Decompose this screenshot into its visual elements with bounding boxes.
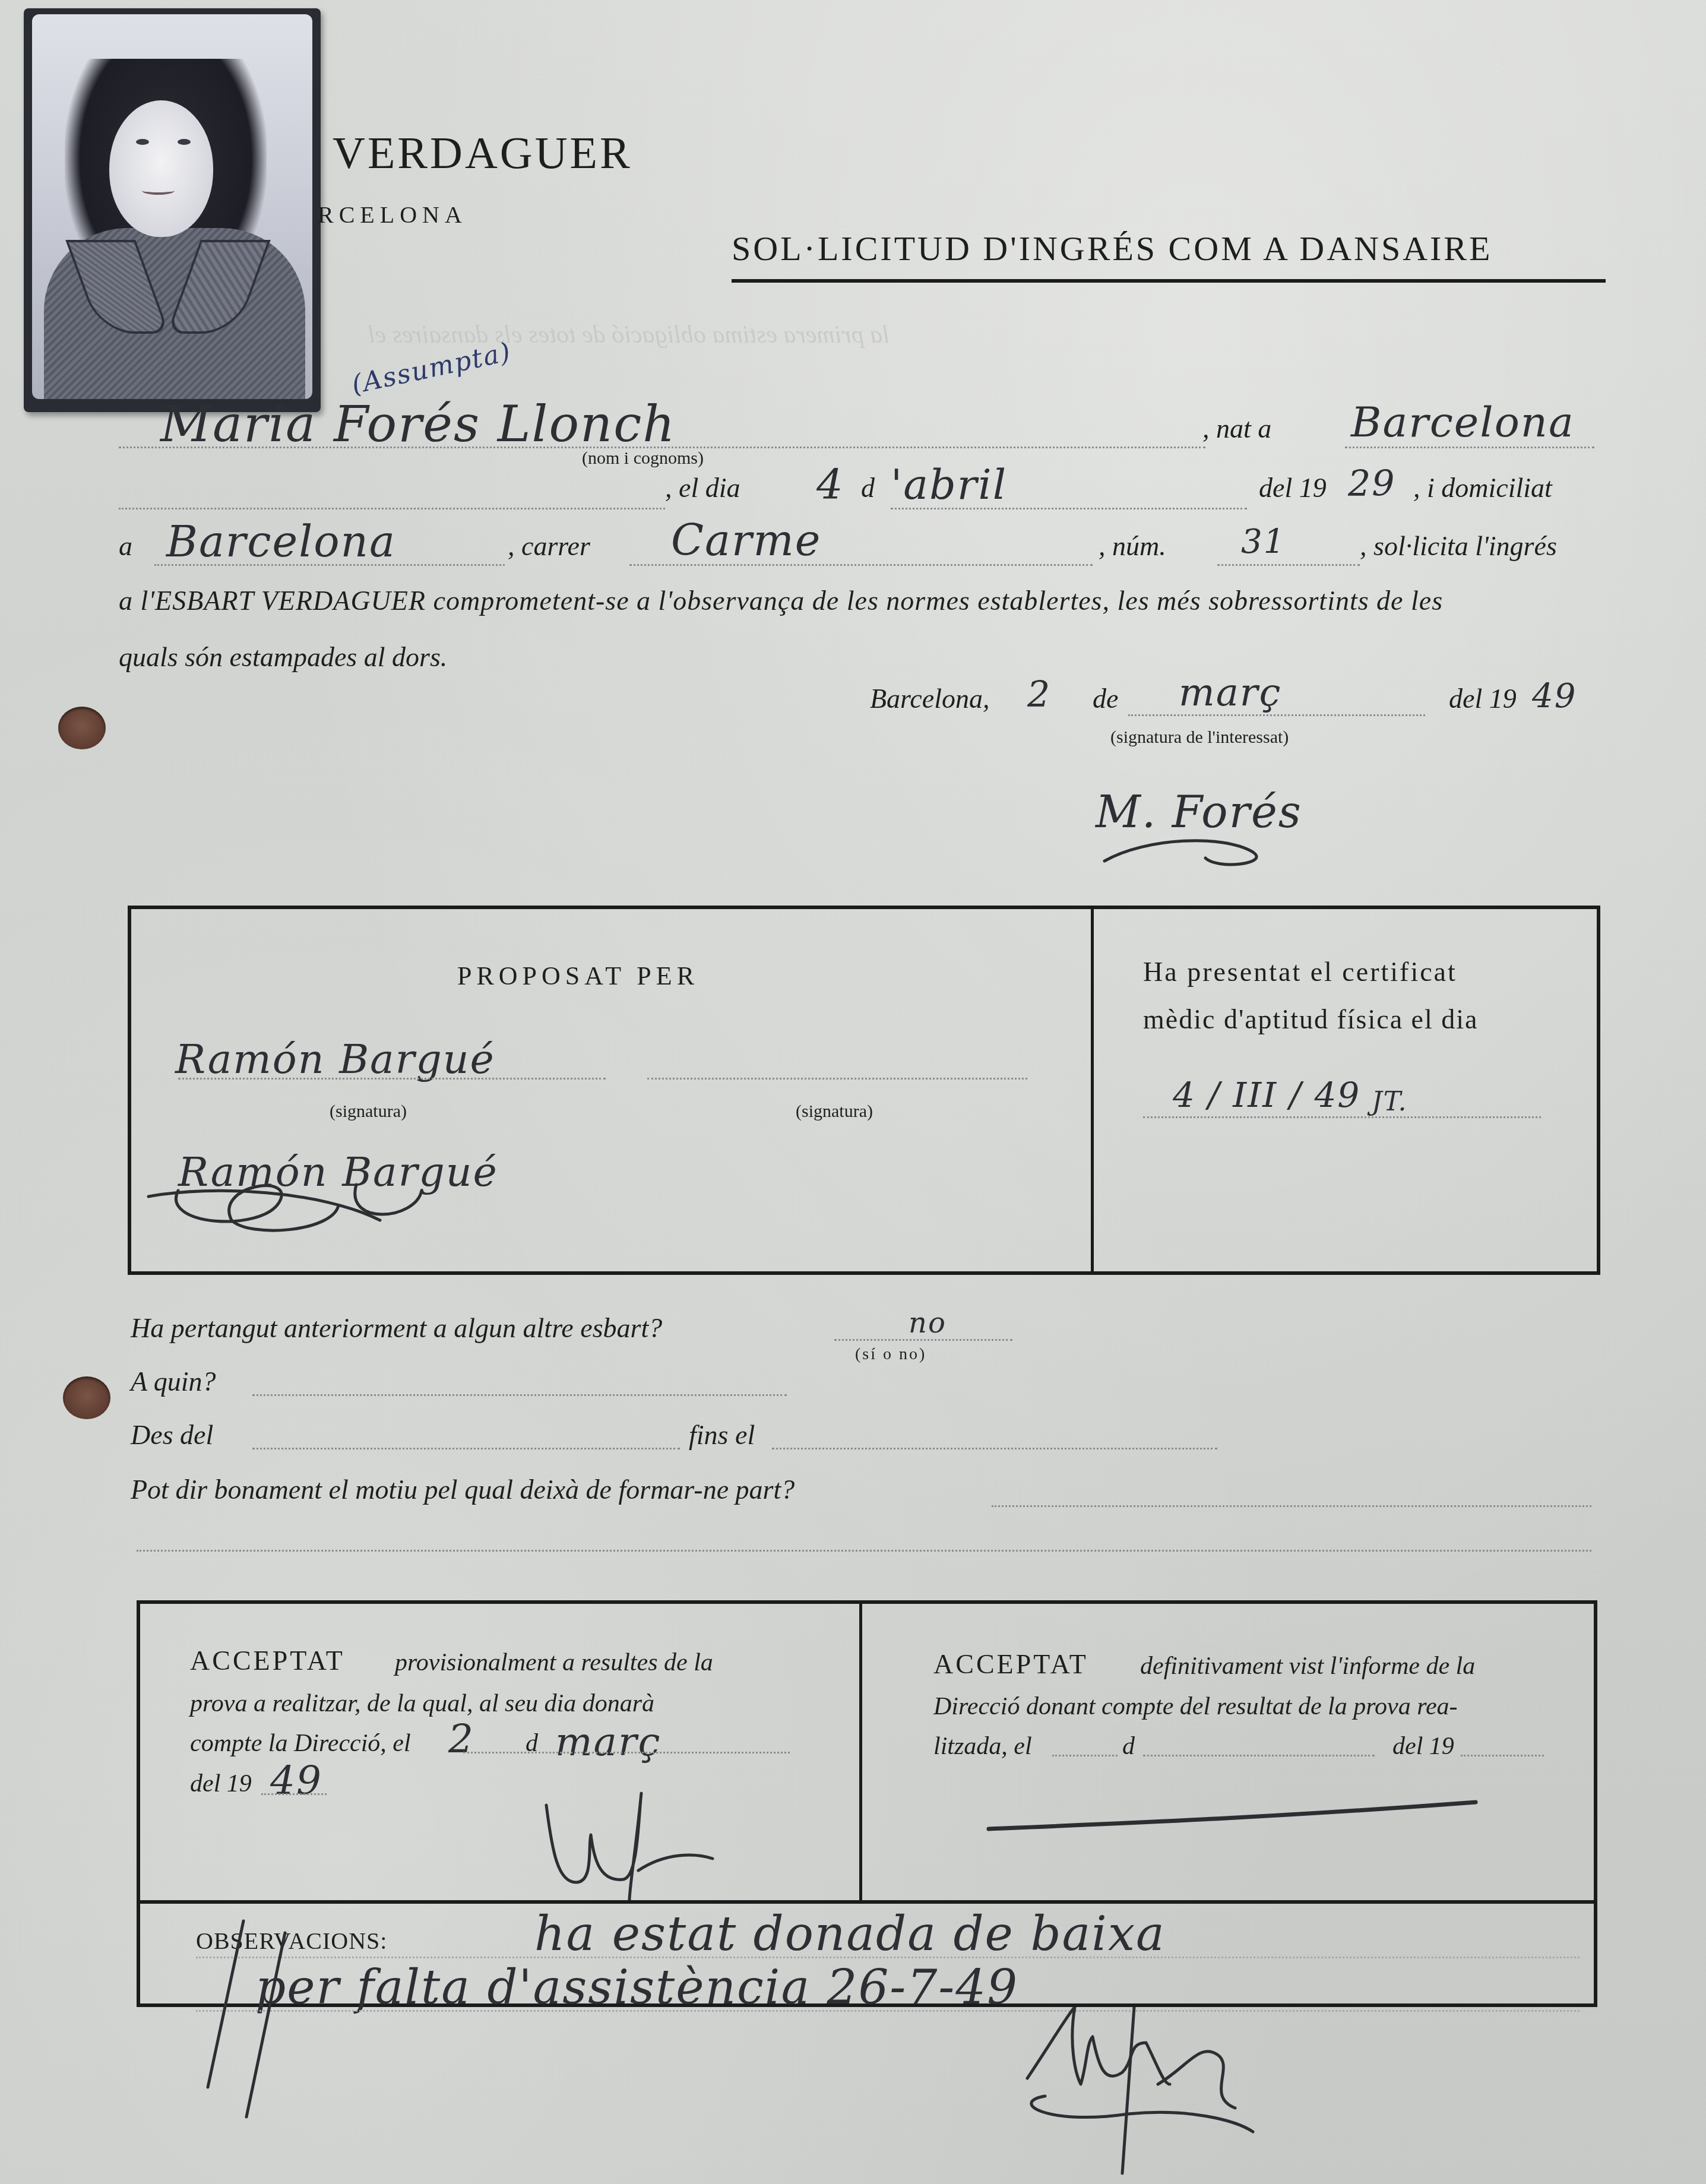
- punch-hole-bottom: [63, 1376, 110, 1419]
- previous-membership-answer[interactable]: no: [909, 1306, 947, 1340]
- year-label: del 19: [1259, 472, 1327, 504]
- residence-prefix: a: [119, 530, 132, 562]
- signature-caption: (signatura de l'interessat): [1110, 727, 1289, 748]
- form-title: SOL·LICITUD D'INGRÉS COM A DANSAIRE: [732, 229, 1492, 268]
- medical-initials: JT.: [1372, 1087, 1408, 1117]
- birth-day-field[interactable]: 4: [816, 460, 844, 509]
- commitment-text: a l'ESBART VERDAGUER comprometent-se a l…: [119, 585, 1443, 616]
- medical-date-field[interactable]: 4 / III / 49: [1173, 1075, 1360, 1115]
- born-in-label: , nat a: [1202, 413, 1271, 444]
- provisional-text-2: prova a realitzar, de la qual, al seu di…: [190, 1689, 654, 1718]
- observations-signature: [1009, 2007, 1306, 2184]
- proposed-by-title: PROPOSAT PER: [457, 961, 699, 991]
- bleed-through-text: la primera estima obligació de totes els…: [368, 321, 890, 349]
- sign-year-label: del 19: [1449, 683, 1517, 714]
- birth-year-field[interactable]: 29: [1348, 463, 1395, 505]
- to-label: fins el: [689, 1419, 755, 1451]
- definitive-text-2: Direcció donant compte del resultat de l…: [933, 1692, 1458, 1721]
- countersignature-flourish: [143, 1149, 451, 1238]
- street-label: , carrer: [508, 530, 590, 562]
- observations-line-2[interactable]: per falta d'assistència 26-7-49: [255, 1960, 1018, 2015]
- applicant-photo: [24, 8, 321, 412]
- observations-line-1[interactable]: ha estat donada de baixa: [534, 1906, 1166, 1961]
- provisional-text-3: compte la Direcció, el: [190, 1729, 411, 1758]
- place-label: Barcelona,: [870, 683, 989, 714]
- from-field[interactable]: [252, 1448, 680, 1449]
- punch-hole-top: [58, 707, 106, 749]
- reason-field[interactable]: [992, 1505, 1591, 1507]
- sign-month-field[interactable]: març: [1179, 671, 1281, 715]
- provisional-month-field[interactable]: març: [555, 1719, 661, 1765]
- signature-caption-2: (signatura): [796, 1102, 873, 1122]
- domiciled-label: , i domiciliat: [1413, 472, 1552, 504]
- definitive-text-1: definitivament vist l'informe de la: [1140, 1652, 1475, 1680]
- provisional-text-1: provisionalment a resultes de la: [395, 1648, 713, 1677]
- title-underline: [732, 279, 1606, 283]
- definitive-year-field[interactable]: [1461, 1755, 1544, 1756]
- birth-month-field[interactable]: 'abril: [891, 460, 1007, 509]
- provisional-year-field[interactable]: 49: [270, 1758, 322, 1803]
- definitive-title: ACCEPTAT: [933, 1648, 1088, 1680]
- number-label: , núm.: [1099, 530, 1166, 562]
- which-field[interactable]: [252, 1394, 787, 1396]
- org-name: VERDAGUER: [333, 128, 632, 179]
- definitive-d-label: d: [1122, 1732, 1135, 1761]
- sign-de-label: de: [1093, 683, 1118, 714]
- applicant-name-field[interactable]: Maria Forés Llonch: [160, 395, 676, 453]
- request-label: , sol·licita l'ingrés: [1360, 530, 1557, 562]
- provisional-title: ACCEPTAT: [190, 1645, 345, 1676]
- observations-strike-lines: [196, 1909, 315, 2123]
- from-label: Des del: [131, 1419, 213, 1451]
- date-label: , el dia: [665, 472, 740, 504]
- to-field[interactable]: [772, 1448, 1217, 1449]
- definitive-text-3: litzada, el: [933, 1732, 1032, 1761]
- residence-field[interactable]: Barcelona: [166, 517, 396, 566]
- definitive-day-field[interactable]: [1052, 1755, 1118, 1756]
- signature-caption-1: (signatura): [330, 1102, 407, 1122]
- commitment-text-2: quals són estampades al dors.: [119, 641, 447, 673]
- provisional-day-field[interactable]: 2: [448, 1716, 474, 1762]
- sign-day-field[interactable]: 2: [1027, 674, 1051, 716]
- definitive-cancel-stroke: [983, 1793, 1487, 1841]
- previous-membership-question: Ha pertangut anteriorment a algun altre …: [131, 1312, 662, 1344]
- month-prefix: d: [861, 472, 875, 504]
- definitive-year-label: del 19: [1392, 1732, 1454, 1761]
- street-field[interactable]: Carme: [671, 515, 821, 565]
- provisional-year-label: del 19: [190, 1770, 252, 1798]
- applicant-signature: M. Forés: [1096, 787, 1302, 838]
- medical-text-1: Ha presentat el certificat: [1143, 956, 1457, 987]
- sign-year-field[interactable]: 49: [1532, 677, 1577, 716]
- applicant-signature-flourish: [1099, 831, 1277, 873]
- proposer-signature-1: Ramón Bargué: [175, 1036, 495, 1083]
- provisional-signature: [534, 1781, 772, 1900]
- number-field[interactable]: 31: [1241, 523, 1286, 561]
- answer-caption: (sí o no): [855, 1345, 926, 1364]
- org-city: RCELONA: [318, 201, 467, 229]
- born-in-field[interactable]: Barcelona: [1351, 398, 1575, 447]
- which-label: A quin?: [131, 1366, 216, 1397]
- definitive-month-field[interactable]: [1143, 1755, 1375, 1756]
- reason-label: Pot dir bonament el motiu pel qual deixà…: [131, 1474, 795, 1505]
- name-caption: (nom i cognoms): [582, 448, 704, 469]
- medical-text-2: mèdic d'aptitud física el dia: [1143, 1004, 1478, 1035]
